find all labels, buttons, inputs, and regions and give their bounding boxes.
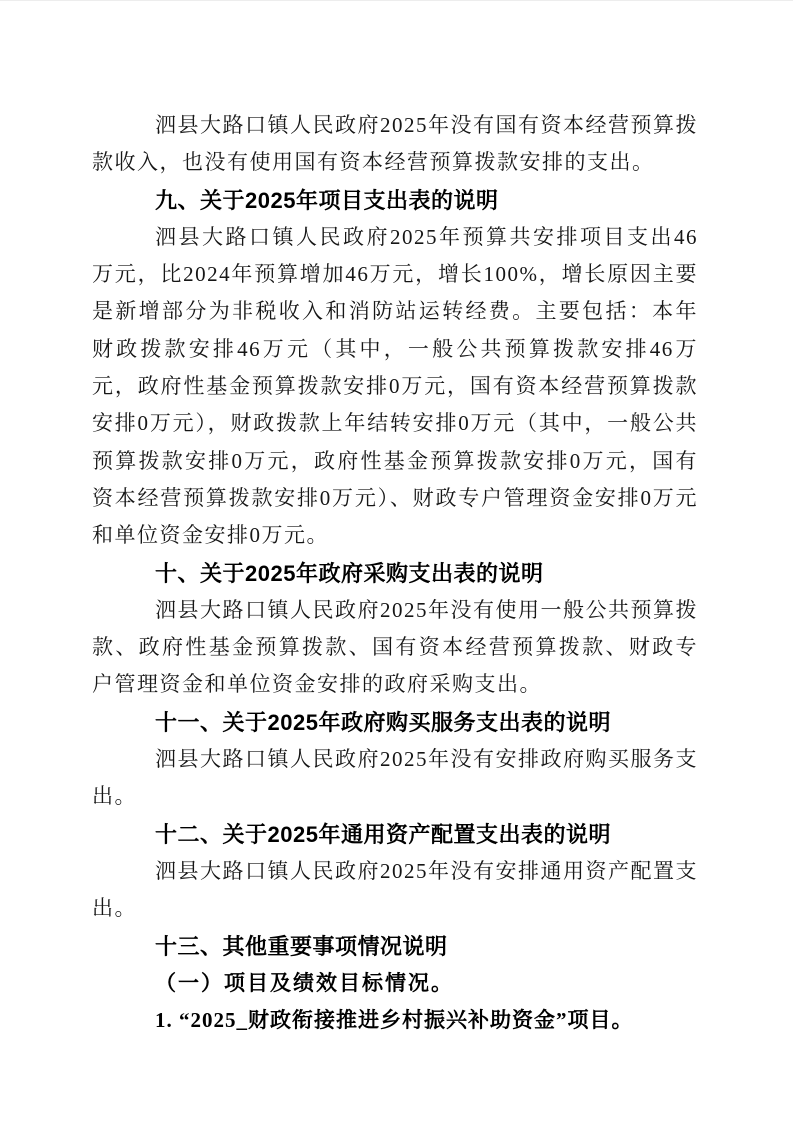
subsection-heading: （一）项目及绩效目标情况。 bbox=[92, 965, 698, 1002]
section-heading: 十、关于2025年政府采购支出表的说明 bbox=[92, 555, 698, 592]
paragraph: 泗县大路口镇人民政府2025年没有安排通用资产配置支出。 bbox=[92, 853, 698, 928]
paragraph: 泗县大路口镇人民政府2025年没有使用一般公共预算拨款、政府性基金预算拨款、国有… bbox=[92, 592, 698, 704]
project-item-heading: 1. “2025_财政衔接推进乡村振兴补助资金”项目。 bbox=[92, 1002, 698, 1039]
paragraph: 泗县大路口镇人民政府2025年预算共安排项目支出46万元，比2024年预算增加4… bbox=[92, 219, 698, 555]
section-heading: 九、关于2025年项目支出表的说明 bbox=[92, 182, 698, 219]
section-heading: 十一、关于2025年政府购买服务支出表的说明 bbox=[92, 704, 698, 741]
section-heading: 十三、其他重要事项情况说明 bbox=[92, 928, 698, 965]
document-page: 泗县大路口镇人民政府2025年没有国有资本经营预算拨款收入，也没有使用国有资本经… bbox=[0, 0, 793, 1122]
section-heading: 十二、关于2025年通用资产配置支出表的说明 bbox=[92, 816, 698, 853]
paragraph: 泗县大路口镇人民政府2025年没有国有资本经营预算拨款收入，也没有使用国有资本经… bbox=[92, 107, 698, 182]
paragraph: 泗县大路口镇人民政府2025年没有安排政府购买服务支出。 bbox=[92, 741, 698, 816]
document-content: 泗县大路口镇人民政府2025年没有国有资本经营预算拨款收入，也没有使用国有资本经… bbox=[92, 107, 698, 1039]
